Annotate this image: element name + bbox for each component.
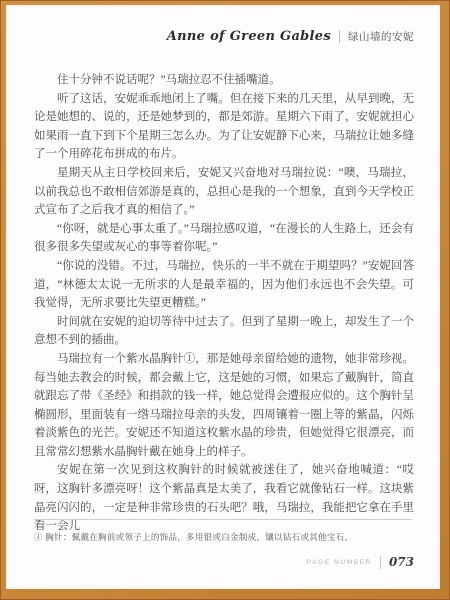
paragraph: 星期天从主日学校回来后，安妮又兴奋地对马瑞拉说：“噢，马瑞拉，以前我总也不敢相信… — [34, 164, 414, 220]
page-header: Anne of Green Gables 绿山墙的安妮 — [167, 29, 414, 44]
paragraph: “你说的没错。不过，马瑞拉，快乐的一半不就在于期望吗？”安妮回答道，“林德太太说… — [34, 257, 414, 313]
footnote-divider — [34, 519, 412, 520]
paragraph: 时间就在安妮的迫切等待中过去了。但到了星期一晚上，却发生了一个意想不到的插曲。 — [34, 313, 414, 350]
page-number-label: PAGE NUMBER — [307, 559, 372, 566]
footer-divider — [380, 556, 381, 569]
paragraph: 安妮在第一次见到这枚胸针的时候就被迷住了，她兴奋地喊道：“哎呀，这胸针多漂亮呀！… — [34, 461, 414, 535]
book-title-english: Anne of Green Gables — [167, 29, 331, 44]
paragraph: 听了这话，安妮乖乖地闭上了嘴。但在接下来的几天里，从早到晚，无论是她想的、说的，… — [34, 90, 414, 164]
page-footer: PAGE NUMBER 073 — [307, 555, 414, 569]
footnote-marker: ① — [34, 532, 43, 542]
header-divider — [339, 30, 340, 43]
book-page: Anne of Green Gables 绿山墙的安妮 住十分钟不说话呢？”马瑞… — [6, 5, 440, 589]
paragraph: 住十分钟不说话呢？”马瑞拉忍不住插嘴道。 — [34, 71, 414, 90]
paragraph: “你呀，就是心事太重了。”马瑞拉感叹道，“在漫长的人生路上，还会有很多很多失望或… — [34, 220, 414, 257]
paragraph: 马瑞拉有一个紫水晶胸针①，那是她母亲留给她的遗物，她非常珍视。每当她去教会的时候… — [34, 350, 414, 462]
book-cover-frame: Anne of Green Gables 绿山墙的安妮 住十分钟不说话呢？”马瑞… — [0, 0, 450, 600]
body-paragraphs: 住十分钟不说话呢？”马瑞拉忍不住插嘴道。听了这话，安妮乖乖地闭上了嘴。但在接下来… — [34, 71, 414, 536]
book-title-chinese: 绿山墙的安妮 — [348, 29, 414, 44]
page-number: 073 — [389, 555, 414, 569]
footnote: ① 胸针：佩戴在胸前或领子上的饰品，多用银或白金制成，镶以钻石或其他宝石。 — [34, 531, 414, 543]
footnote-text: 胸针：佩戴在胸前或领子上的饰品，多用银或白金制成，镶以钻石或其他宝石。 — [45, 532, 353, 542]
